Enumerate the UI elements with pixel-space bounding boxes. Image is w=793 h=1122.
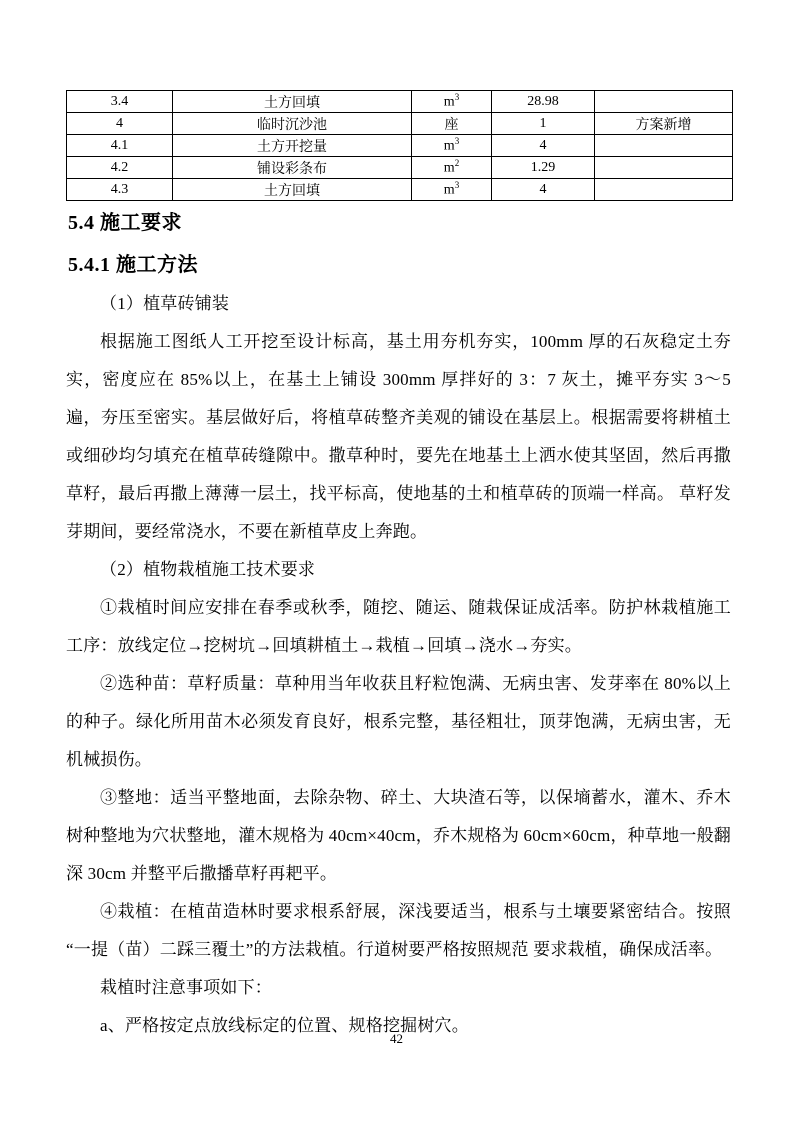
cell-note: 方案新增 [595,113,733,135]
cell-unit: m3 [412,91,492,113]
cell-item: 铺设彩条布 [173,157,412,179]
table-row: 4.2 铺设彩条布 m2 1.29 [67,157,733,179]
subsection-heading: 5.4.1 施工方法 [68,255,731,275]
paragraph-planting-time: ①栽植时间应安排在春季或秋季，随挖、随运、随栽保证成活率。防护林栽植施工工序：放… [66,589,731,665]
cell-index: 4.1 [67,135,173,157]
cell-quantity: 4 [492,179,595,201]
cell-index: 4 [67,113,173,135]
cell-note [595,179,733,201]
paragraph-grass-brick-method: 根据施工图纸人工开挖至设计标高，基土用夯机夯实，100mm 厚的石灰稳定土夯实，… [66,323,731,551]
paragraph-seed-selection: ②选种苗：草籽质量：草种用当年收获且籽粒饱满、无病虫害、发芽率在 80%以上的种… [66,665,731,779]
paragraph-land-preparation: ③整地：适当平整地面，去除杂物、碎土、大块渣石等，以保墒蓄水，灌木、乔木树种整地… [66,779,731,893]
paragraph-grass-brick-title: （1）植草砖铺装 [66,285,731,323]
table-row: 4.3 土方回填 m3 4 [67,179,733,201]
cell-item: 土方开挖量 [173,135,412,157]
document-page: 3.4 土方回填 m3 28.98 4 临时沉沙池 座 1 方案新增 4.1 土… [0,0,793,1122]
page-number: 42 [0,1031,793,1047]
table-row: 3.4 土方回填 m3 28.98 [67,91,733,113]
table-row: 4 临时沉沙池 座 1 方案新增 [67,113,733,135]
paragraph-planting-title: （2）植物栽植施工技术要求 [66,551,731,589]
quantities-table: 3.4 土方回填 m3 28.98 4 临时沉沙池 座 1 方案新增 4.1 土… [66,90,733,201]
cell-item: 土方回填 [173,91,412,113]
cell-note [595,157,733,179]
cell-index: 4.2 [67,157,173,179]
cell-unit: 座 [412,113,492,135]
cell-unit: m3 [412,135,492,157]
cell-unit: m3 [412,179,492,201]
cell-quantity: 4 [492,135,595,157]
cell-unit: m2 [412,157,492,179]
cell-note [595,135,733,157]
cell-quantity: 28.98 [492,91,595,113]
cell-index: 3.4 [67,91,173,113]
table-row: 4.1 土方开挖量 m3 4 [67,135,733,157]
paragraph-notes-intro: 栽植时注意事项如下： [66,969,731,1007]
paragraph-planting-method: ④栽植：在植苗造林时要求根系舒展，深浅要适当，根系与土壤要紧密结合。按照“一提（… [66,893,731,969]
cell-quantity: 1.29 [492,157,595,179]
cell-index: 4.3 [67,179,173,201]
cell-quantity: 1 [492,113,595,135]
cell-item: 临时沉沙池 [173,113,412,135]
section-heading: 5.4 施工要求 [68,213,731,233]
cell-item: 土方回填 [173,179,412,201]
cell-note [595,91,733,113]
